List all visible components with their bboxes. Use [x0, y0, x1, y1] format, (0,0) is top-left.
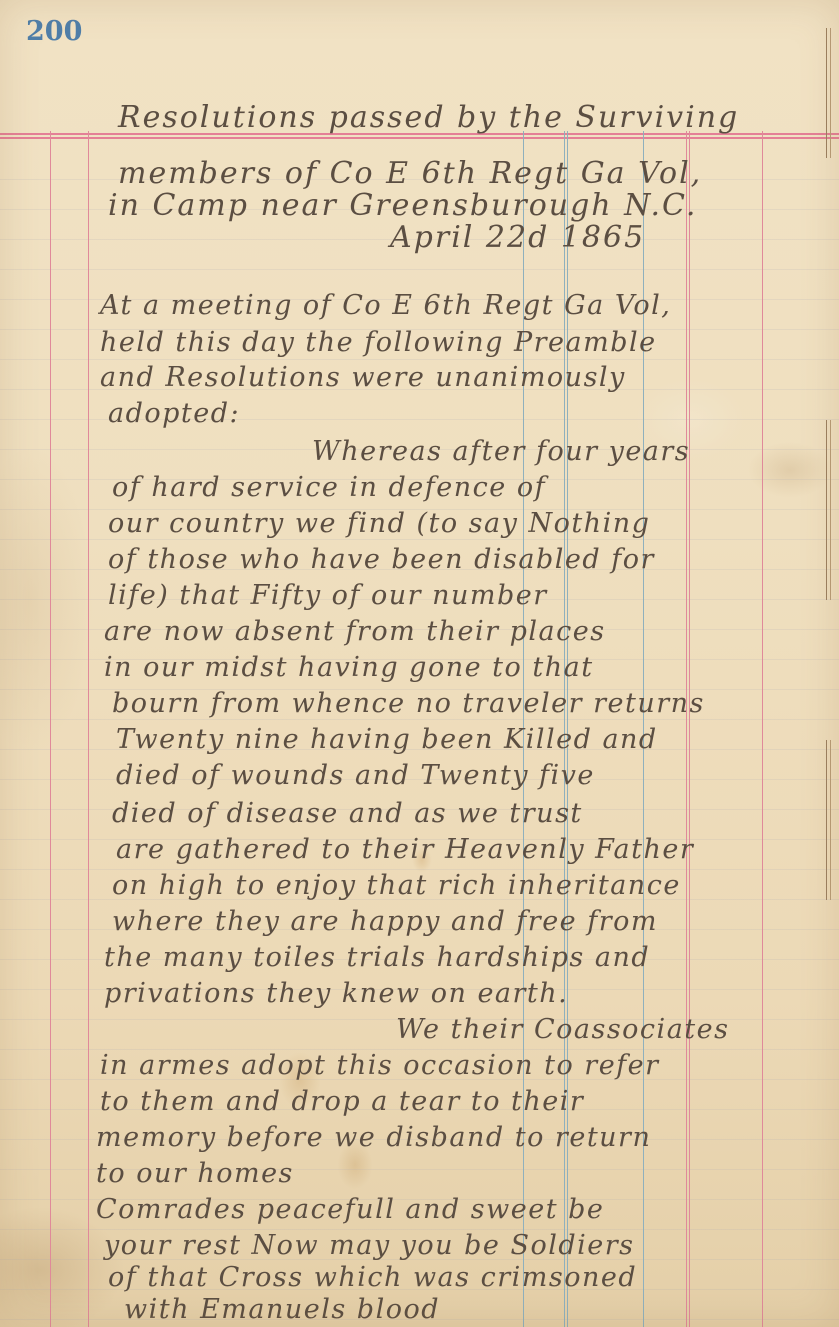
- body-line: on high to enjoy that rich inheritance: [112, 870, 681, 901]
- body-line: Whereas after four years: [312, 436, 690, 467]
- left-margin-rule-2: [88, 131, 89, 1327]
- body-line: memory before we disband to return: [96, 1122, 651, 1153]
- binding-edge-mark: [826, 740, 831, 900]
- body-line: are now absent from their places: [104, 616, 606, 647]
- column-rule-red-1b: [689, 131, 690, 1327]
- body-line: with Emanuels blood: [124, 1294, 440, 1325]
- body-line: Twenty nine having been Killed and: [116, 724, 658, 755]
- body-line: life) that Fifty of our number: [108, 580, 548, 611]
- body-line: At a meeting of Co E 6th Regt Ga Vol,: [100, 290, 671, 321]
- body-line: your rest Now may you be Soldiers: [104, 1230, 635, 1261]
- binding-edge-mark: [826, 28, 831, 158]
- heading-line: Resolutions passed by the Surviving: [118, 100, 739, 135]
- body-line: are gathered to their Heavenly Father: [116, 834, 694, 865]
- body-line: in armes adopt this occasion to refer: [100, 1050, 660, 1081]
- body-line: to them and drop a tear to their: [100, 1086, 584, 1117]
- body-line: died of wounds and Twenty five: [116, 760, 595, 791]
- ledger-page: 200 Resolutions passed by the Surviving …: [0, 0, 839, 1327]
- body-line: where they are happy and free from: [112, 906, 658, 937]
- body-line: in our midst having gone to that: [104, 652, 594, 683]
- body-line: of that Cross which was crimsoned: [108, 1262, 637, 1293]
- left-margin-rule-1: [50, 131, 51, 1327]
- body-line: Comrades peacefull and sweet be: [96, 1194, 604, 1225]
- column-rule-red-2: [762, 131, 763, 1327]
- page-number: 200: [26, 16, 82, 47]
- body-line: died of disease and as we trust: [112, 798, 583, 829]
- body-line: the many toiles trials hardships and: [104, 942, 650, 973]
- body-line: privations they knew on earth.: [104, 978, 568, 1009]
- body-line: to our homes: [96, 1158, 294, 1189]
- body-line: adopted:: [108, 398, 240, 429]
- binding-edge-mark: [826, 420, 831, 600]
- body-line: our country we find (to say Nothing: [108, 508, 650, 539]
- body-line: bourn from whence no traveler returns: [112, 688, 705, 719]
- body-line: and Resolutions were unanimously: [100, 362, 626, 393]
- heading-line: in Camp near Greensburough N.C.: [108, 188, 697, 223]
- body-line: We their Coassociates: [396, 1014, 729, 1045]
- header-rule-bottom: [0, 137, 839, 139]
- body-line: of hard service in defence of: [112, 472, 546, 503]
- column-rule-red-1a: [686, 131, 687, 1327]
- heading-date: April 22d 1865: [390, 220, 645, 255]
- heading-line: members of Co E 6th Regt Ga Vol,: [118, 156, 702, 191]
- body-line: held this day the following Preamble: [100, 327, 657, 358]
- body-line: of those who have been disabled for: [108, 544, 655, 575]
